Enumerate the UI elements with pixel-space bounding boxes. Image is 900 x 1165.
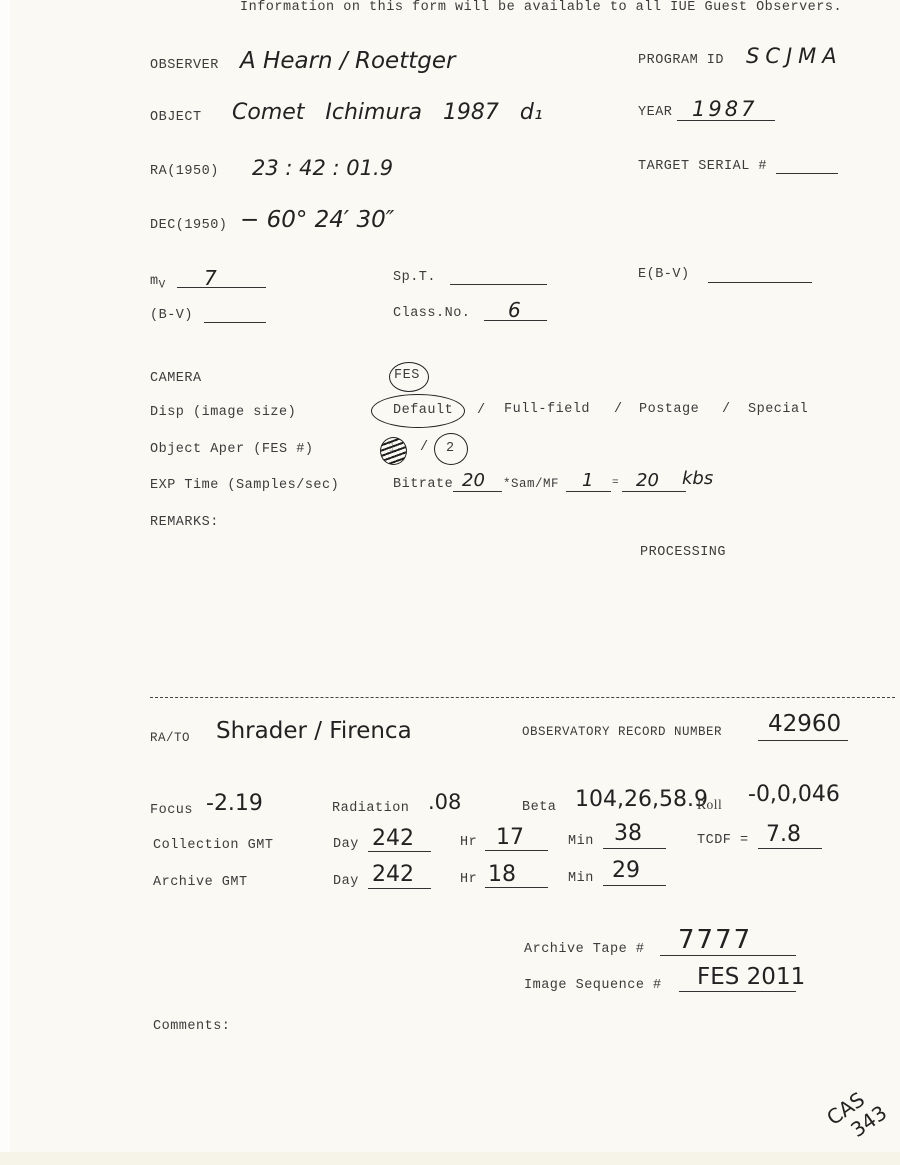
camera-option-fes[interactable]: FES	[394, 368, 420, 383]
target-serial-field[interactable]	[776, 173, 838, 174]
roll-label: Roll	[697, 797, 722, 813]
spt-label: Sp.T.	[393, 270, 436, 285]
collection-hr-label: Hr	[460, 835, 477, 850]
image-sequence-value[interactable]: FES 2011	[697, 964, 805, 990]
disp-option-special[interactable]: Special	[748, 402, 808, 417]
disp-option-full-field[interactable]: Full-field	[504, 402, 590, 417]
collection-gmt-label: Collection GMT	[153, 838, 273, 853]
archive-hr-label: Hr	[460, 872, 477, 887]
year-label: YEAR	[638, 105, 672, 120]
archive-min-value[interactable]: 29	[612, 858, 640, 883]
section-divider	[150, 697, 895, 698]
archive-gmt-label: Archive GMT	[153, 875, 248, 890]
form-notice: Information on this form will be availab…	[240, 0, 842, 15]
collection-hr-field[interactable]	[485, 850, 548, 851]
spt-field[interactable]	[450, 284, 547, 285]
object-label: OBJECT	[150, 110, 202, 125]
processing-label: PROCESSING	[640, 545, 726, 560]
image-sequence-label: Image Sequence #	[524, 978, 662, 993]
disp-option-postage[interactable]: Postage	[639, 402, 699, 417]
class-no-value[interactable]: 6	[508, 298, 521, 322]
collection-min-field[interactable]	[603, 848, 666, 849]
remarks-label: REMARKS:	[150, 515, 219, 530]
mv-value[interactable]: 7	[204, 266, 217, 290]
focus-value[interactable]: -2.19	[206, 791, 263, 816]
bitrate-label: Bitrate	[393, 477, 453, 492]
archive-day-value[interactable]: 242	[372, 862, 414, 887]
ra-value[interactable]: 23 : 42 : 01.9	[252, 156, 393, 180]
disp-option-default[interactable]: Default	[393, 403, 453, 418]
ra-to-label: RA/TO	[150, 731, 190, 745]
sam-mf-value[interactable]: 1	[582, 470, 593, 491]
beta-label: Beta	[522, 800, 556, 815]
disp-sep-2: /	[614, 402, 623, 417]
archive-day-field[interactable]	[368, 888, 431, 889]
ra-label: RA(1950)	[150, 164, 219, 179]
archive-min-field[interactable]	[603, 885, 666, 886]
camera-label: CAMERA	[150, 371, 202, 386]
equals-sign: =	[612, 477, 619, 489]
focus-label: Focus	[150, 803, 193, 818]
archive-tape-value[interactable]: 7777	[678, 925, 752, 955]
collection-day-label: Day	[333, 837, 359, 852]
collection-day-value[interactable]: 242	[372, 826, 414, 851]
archive-hr-field[interactable]	[485, 887, 548, 888]
object-aper-label: Object Aper (FES #)	[150, 442, 313, 457]
mv-label: mV	[150, 274, 166, 292]
dec-value[interactable]: − 60° 24′ 30″	[240, 207, 394, 233]
exp-time-label: EXP Time (Samples/sec)	[150, 478, 339, 493]
target-serial-label: TARGET SERIAL #	[638, 159, 767, 174]
disp-label: Disp (image size)	[150, 405, 296, 420]
year-value[interactable]: 1987	[692, 97, 757, 121]
paper-bottom-edge	[0, 1152, 900, 1165]
bv-label: (B-V)	[150, 308, 193, 323]
aper-sep: /	[420, 440, 429, 455]
aper-option-1[interactable]: 1	[388, 441, 397, 456]
tcdf-value[interactable]: 7.8	[766, 822, 801, 847]
archive-tape-field[interactable]	[660, 955, 796, 956]
bitrate-value[interactable]: 20	[462, 470, 485, 491]
roll-value[interactable]: -0,0,046	[748, 782, 840, 807]
ebv-field[interactable]	[708, 282, 812, 283]
disp-sep-1: /	[477, 403, 486, 418]
archive-hr-value[interactable]: 18	[488, 862, 516, 887]
tcdf-field[interactable]	[758, 848, 822, 849]
result-field[interactable]	[622, 491, 686, 492]
archive-min-label: Min	[568, 871, 594, 886]
class-no-label: Class.No.	[393, 306, 470, 321]
observer-value[interactable]: A Hearn / Roettger	[240, 48, 455, 74]
ebv-label: E(B-V)	[638, 267, 690, 282]
aper-option-2[interactable]: 2	[446, 441, 455, 456]
program-id-label: PROGRAM ID	[638, 53, 724, 68]
result-unit: kbs	[682, 468, 713, 489]
mv-field[interactable]	[177, 287, 266, 288]
collection-day-field[interactable]	[368, 851, 431, 852]
program-id-value[interactable]: SCJMA	[746, 44, 843, 68]
archive-tape-label: Archive Tape #	[524, 942, 644, 957]
disp-sep-3: /	[722, 402, 731, 417]
collection-min-value[interactable]: 38	[614, 821, 642, 846]
sam-mf-field[interactable]	[566, 491, 611, 492]
collection-min-label: Min	[568, 834, 594, 849]
obs-record-field[interactable]	[758, 740, 848, 741]
paper-edge	[0, 0, 10, 1165]
mv-label-text: m	[150, 274, 159, 289]
result-value[interactable]: 20	[636, 470, 659, 491]
object-value[interactable]: Comet Ichimura 1987 d₁	[232, 100, 543, 125]
bv-field[interactable]	[204, 322, 266, 323]
obs-record-value[interactable]: 42960	[768, 711, 841, 737]
collection-hr-value[interactable]: 17	[496, 825, 524, 850]
radiation-label: Radiation	[332, 801, 409, 816]
sam-mf-label: *Sam/MF	[503, 477, 559, 491]
beta-value[interactable]: 104,26,58.9	[575, 787, 708, 812]
tcdf-label: TCDF =	[697, 833, 749, 848]
archive-day-label: Day	[333, 874, 359, 889]
comments-label: Comments:	[153, 1019, 230, 1034]
radiation-value[interactable]: .08	[428, 790, 461, 814]
obs-record-label: OBSERVATORY RECORD NUMBER	[522, 725, 722, 739]
bitrate-field[interactable]	[453, 491, 502, 492]
observer-label: OBSERVER	[150, 58, 219, 73]
ra-to-value[interactable]: Shrader / Firenca	[216, 718, 412, 744]
mv-subscript: V	[159, 280, 166, 292]
image-sequence-field[interactable]	[679, 991, 796, 992]
dec-label: DEC(1950)	[150, 218, 227, 233]
